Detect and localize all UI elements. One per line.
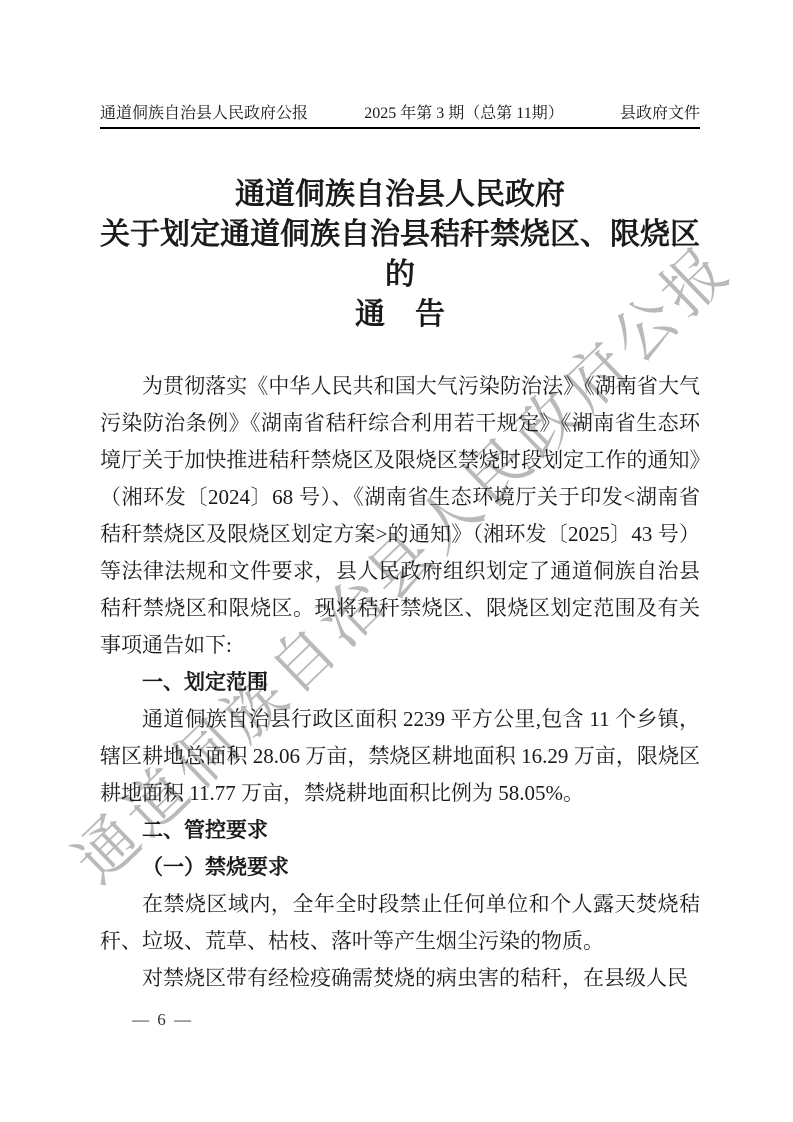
paragraph-pest-straw: 对禁烧区带有经检疫确需焚烧的病虫害的秸秆，在县级人民: [100, 960, 700, 997]
header-section-label: 县政府文件: [620, 104, 700, 124]
paragraph-burn-ban-rule: 在禁烧区域内，全年全时段禁止任何单位和个人露天焚烧秸秆、垃圾、荒草、枯枝、落叶等…: [100, 886, 700, 960]
title-line-issuer: 通道侗族自治县人民政府: [100, 175, 700, 215]
paragraph-scope-figures: 通道侗族自治县行政区面积 2239 平方公里,包含 11 个乡镇，辖区耕地总面积…: [100, 701, 700, 812]
document-title: 通道侗族自治县人民政府 关于划定通道侗族自治县秸秆禁烧区、限烧区的 通 告: [100, 175, 700, 335]
page-header: 通道侗族自治县人民政府公报 2025 年第 3 期（总第 11期） 县政府文件: [100, 0, 700, 129]
document-content: 通道侗族自治县人民政府公报 2025 年第 3 期（总第 11期） 县政府文件 …: [100, 0, 700, 997]
subsection-heading-burn-ban: （一）禁烧要求: [100, 849, 700, 886]
paragraph-legal-basis: 为贯彻落实《中华人民共和国大气污染防治法》《湖南省大气污染防治条例》《湖南省秸秆…: [100, 368, 700, 664]
header-publication-name: 通道侗族自治县人民政府公报: [100, 104, 308, 124]
page-number: — 6 —: [132, 1010, 193, 1029]
section-heading-scope: 一、划定范围: [100, 664, 700, 701]
header-issue-info: 2025 年第 3 期（总第 11期）: [364, 104, 563, 124]
title-line-doctype: 通 告: [100, 295, 700, 335]
document-page: 通道侗族自治县人民政府公报 通道侗族自治县人民政府公报 2025 年第 3 期（…: [0, 0, 793, 1122]
page-footer: — 6 —: [132, 1010, 193, 1030]
title-line-subject: 关于划定通道侗族自治县秸秆禁烧区、限烧区的: [100, 215, 700, 295]
section-heading-control: 二、管控要求: [100, 812, 700, 849]
document-body: 为贯彻落实《中华人民共和国大气污染防治法》《湖南省大气污染防治条例》《湖南省秸秆…: [100, 368, 700, 997]
